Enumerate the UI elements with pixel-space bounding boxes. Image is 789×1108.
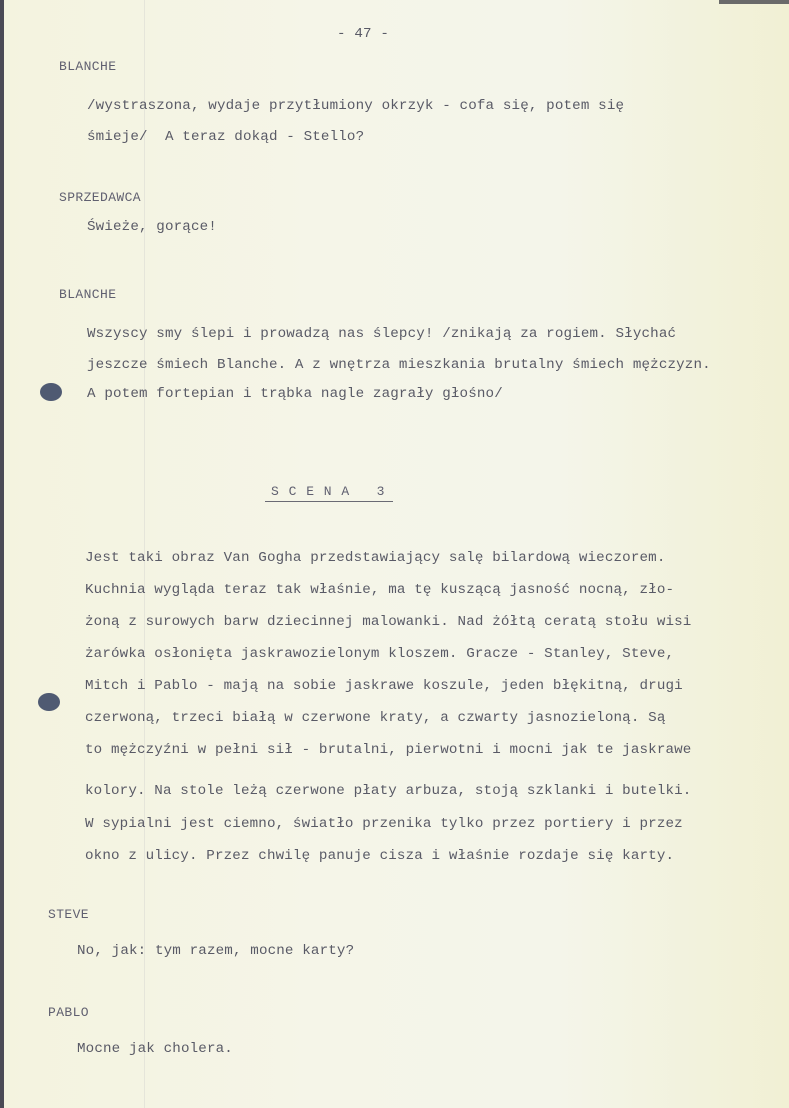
dialogue-line: /wystraszona, wydaje przytłumiony okrzyk…: [87, 98, 624, 114]
speaker-name: BLANCHE: [59, 287, 116, 302]
stage-direction-line: Kuchnia wygląda teraz tak właśnie, ma tę…: [85, 582, 674, 598]
stage-direction-line: czerwoną, trzeci białą w czerwone kraty,…: [85, 710, 665, 726]
stage-direction-line: żoną z surowych barw dziecinnej malowank…: [85, 614, 691, 630]
dialogue-line: śmieje/ A teraz dokąd - Stello?: [87, 129, 364, 145]
speaker-name: PABLO: [48, 1005, 89, 1020]
scene-heading: S C E N A 3: [265, 484, 393, 502]
page-number: - 47 -: [337, 26, 389, 42]
dialogue-line: No, jak: tym razem, mocne karty?: [77, 943, 354, 959]
speaker-name: SPRZEDAWCA: [59, 190, 141, 205]
scan-edge-top: [719, 0, 789, 4]
stage-direction-line: Jest taki obraz Van Gogha przedstawiając…: [85, 550, 665, 566]
scan-edge-left: [0, 0, 4, 1108]
speaker-name: BLANCHE: [59, 59, 116, 74]
stage-direction-line: kolory. Na stole leżą czerwone płaty arb…: [85, 783, 691, 799]
stage-direction-line: żarówka osłonięta jaskrawozielonym klosz…: [85, 646, 674, 662]
dialogue-line: Świeże, gorące!: [87, 219, 217, 235]
dialogue-line: Wszyscy smy ślepi i prowadzą nas ślepcy!…: [87, 326, 676, 342]
punch-hole-icon: [40, 383, 62, 401]
stage-direction-line: okno z ulicy. Przez chwilę panuje cisza …: [85, 848, 674, 864]
stage-direction-line: Mitch i Pablo - mają na sobie jaskrawe k…: [85, 678, 683, 694]
dialogue-line: Mocne jak cholera.: [77, 1041, 233, 1057]
stage-direction-line: W sypialni jest ciemno, światło przenika…: [85, 816, 683, 832]
speaker-name: STEVE: [48, 907, 89, 922]
dialogue-line: jeszcze śmiech Blanche. A z wnętrza mies…: [87, 357, 711, 373]
stage-direction-line: to mężczyźni w pełni sił - brutalni, pie…: [85, 742, 691, 758]
dialogue-line: A potem fortepian i trąbka nagle zagrały…: [87, 386, 503, 402]
punch-hole-icon: [38, 693, 60, 711]
